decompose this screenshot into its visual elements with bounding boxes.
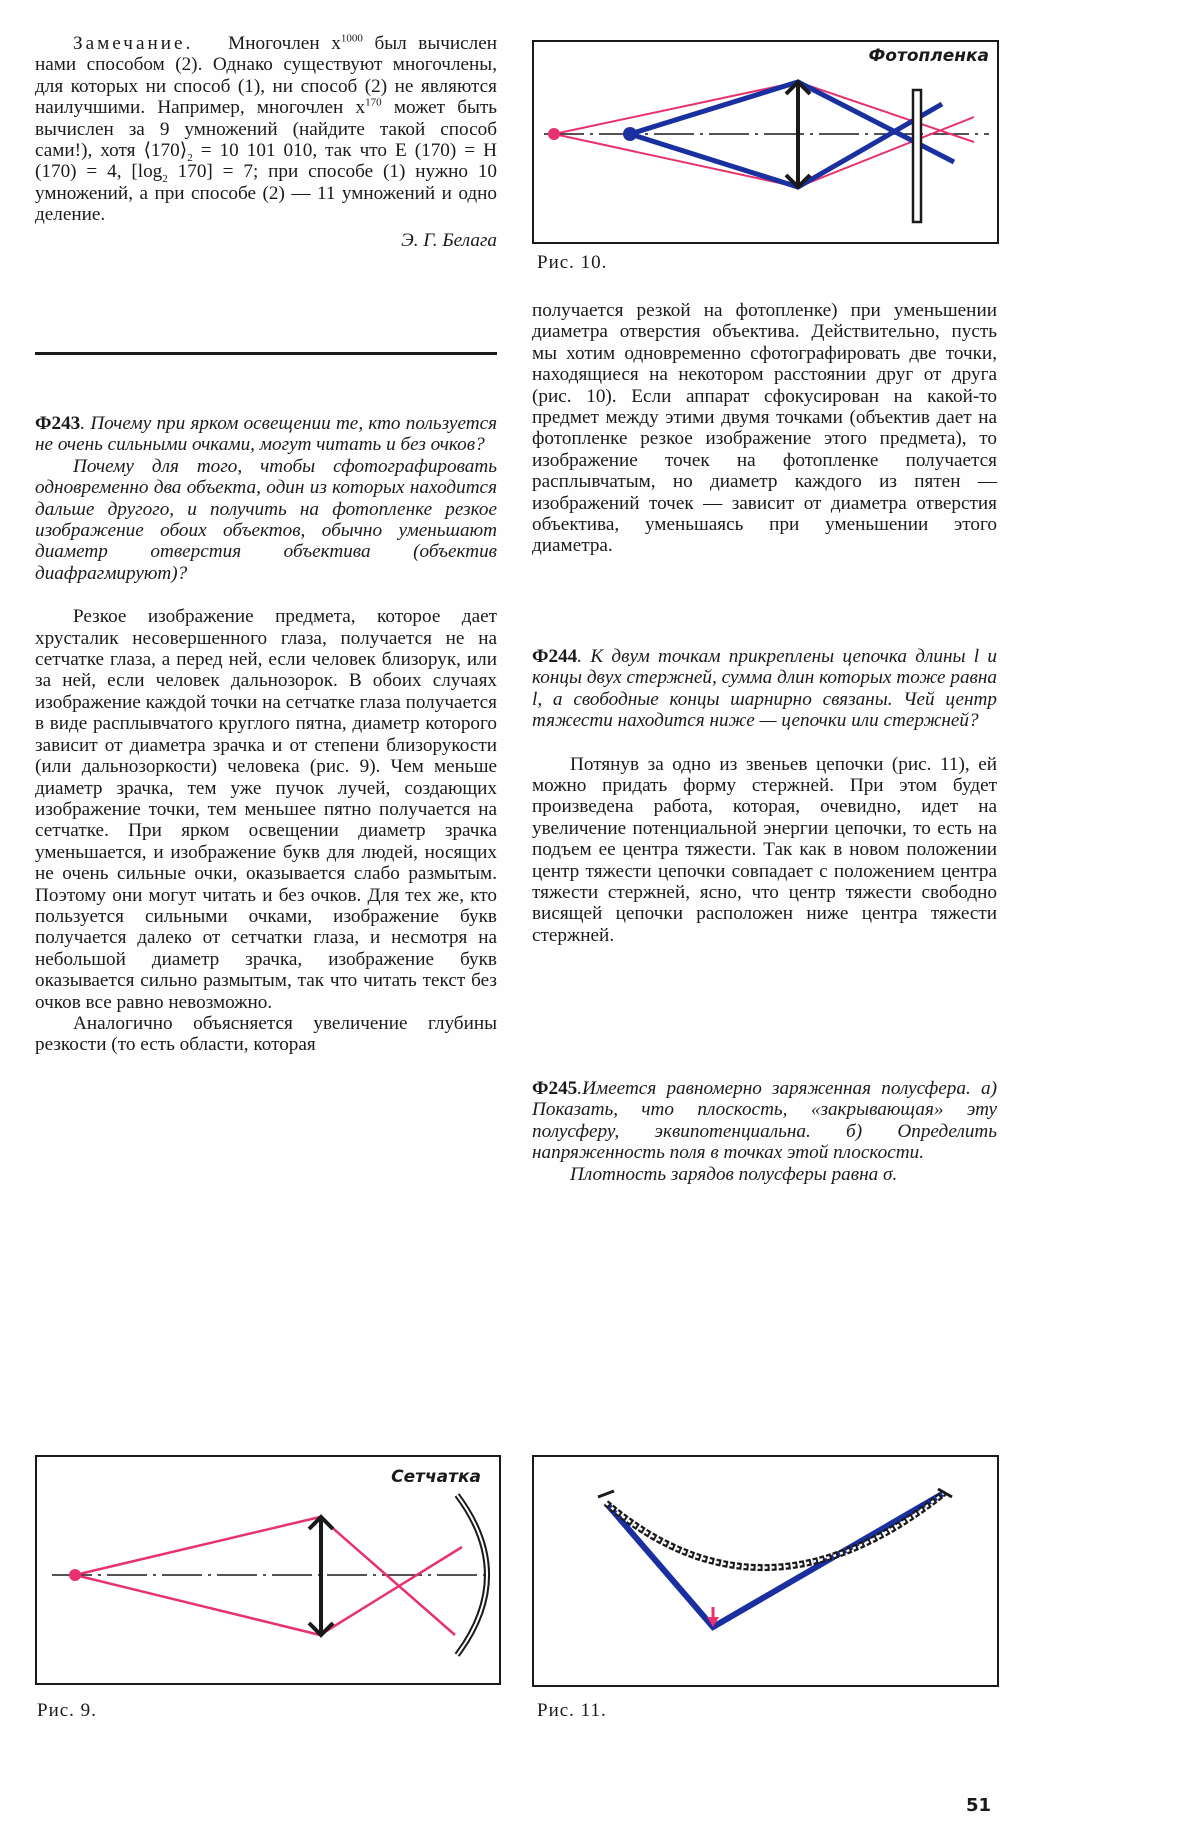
problem-answer: Резкое изображение предмета, которое дае… [35,606,497,1013]
problem-question: Ф244. К двум точкам прикреплены цепочка … [532,646,997,732]
problem-question-continued: Почему для того, чтобы сфотографировать … [35,456,497,584]
eye-lens-diagram [37,1457,499,1683]
figure-10-caption: Рис. 10. [537,252,607,274]
remark-author: Э. Г. Белага [35,230,497,251]
problem-answer-continued-right: получается резкой на фотопленке) при уме… [532,300,997,557]
camera-lens-diagram [534,42,997,242]
problem-f243: Ф243. Почему при ярком освещении те, кто… [35,413,497,1056]
problem-question: Ф245.Имеется равномерно заряженная полус… [532,1078,997,1164]
problem-id: Ф245 [532,1078,577,1099]
answer-continuation: получается резкой на фотопленке) при уме… [532,300,997,557]
figure-11-caption: Рис. 11. [537,1700,607,1722]
problem-id: Ф244 [532,646,577,667]
remark-paragraph: Замечание. Многочлен x1000 был вычислен … [35,33,497,226]
figure-9-caption: Рис. 9. [37,1700,97,1722]
journal-page: Замечание. Многочлен x1000 был вычислен … [0,0,1200,1829]
remark-label: Замечание. [73,33,193,54]
chain-and-rods-diagram [534,1457,997,1685]
problem-question: Ф243. Почему при ярком освещении те, кто… [35,413,497,456]
remark-block: Замечание. Многочлен x1000 был вычислен … [35,33,497,251]
figure-11 [532,1455,999,1687]
problem-f244: Ф244. К двум точкам прикреплены цепочка … [532,646,997,946]
film-label: Фотопленка [868,46,989,66]
figure-10: Фотопленка [532,40,999,244]
section-divider [35,352,497,355]
problem-question-continued: Плотность зарядов полусферы равна σ. [532,1164,997,1185]
retina-label: Сетчатка [391,1467,481,1487]
problem-answer-continued: Аналогично объясняется увеличение глубин… [35,1013,497,1056]
problem-id: Ф243 [35,413,80,434]
problem-answer: Потянув за одно из звеньев цепочки (рис.… [532,754,997,947]
page-number: 51 [966,1795,991,1816]
figure-9: Сетчатка [35,1455,501,1685]
problem-f245: Ф245.Имеется равномерно заряженная полус… [532,1078,997,1185]
